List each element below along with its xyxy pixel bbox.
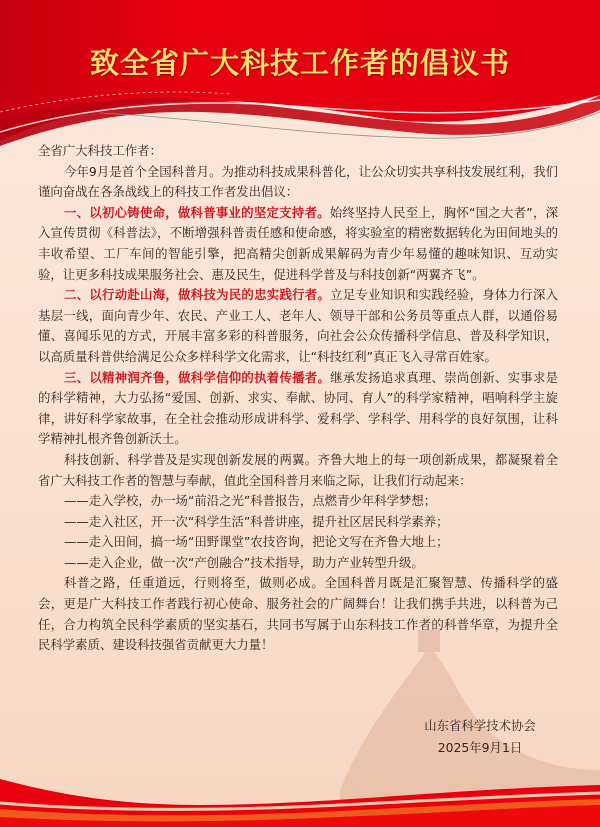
proposal-point-3: 三、以精神润齐鲁，做科学信仰的执着传播者。继承发扬追求真理、崇尚创新、实事求是的… [38,368,558,450]
signature-date: 2025年9月1日 [400,737,560,759]
action-item-field: ——走入田间，搞一场“田野课堂”农技咨询，把论文写在齐鲁大地上； [38,532,558,553]
action-item-enterprise: ——走入企业，做一次“产创融合”技术指导，助力产业转型升级。 [38,553,558,574]
proposal-point-2: 二、以行动赴山海，做科技为民的忠实践行者。立足专业知识和实践经验，身体力行深入基… [38,285,558,367]
document-title: 致全省广大科技工作者的倡议书 [0,41,600,82]
action-item-community: ——走入社区，开一次“科学生活”科普讲座，提升社区居民科学素养； [38,512,558,533]
signature-block: 山东省科学技术协会 2025年9月1日 [400,715,560,759]
proposal-heading-3: 三、以精神润齐鲁，做科学信仰的执着传播者。 [64,370,330,385]
proposal-heading-1: 一、以初心铸使命，做科普事业的坚定支持者。 [64,205,330,220]
closing-paragraph: 科普之路，任重道远，行则将至，做则必成。全国科普月既是汇聚智慧、传播科学的盛会，… [38,573,558,655]
proposal-point-1: 一、以初心铸使命，做科普事业的坚定支持者。始终坚持人民至上，胸怀“国之大者”，深… [38,203,558,285]
letter-body: 全省广大科技工作者： 今年9月是首个全国科普月。为推动科技成果科普化，让公众切实… [38,141,558,656]
action-item-school: ——走入学校，办一场“前沿之光”科普报告，点燃青少年科学梦想； [38,491,558,512]
signature-organization: 山东省科学技术协会 [400,715,560,737]
call-to-action-paragraph: 科技创新、科学普及是实现创新发展的两翼。齐鲁大地上的每一项创新成果，都凝聚着全省… [38,450,558,491]
proposal-heading-2: 二、以行动赴山海，做科技为民的忠实践行者。 [64,287,330,302]
intro-paragraph: 今年9月是首个全国科普月。为推动科技成果科普化，让公众切实共享科技发展红利，我们… [38,162,558,203]
salutation: 全省广大科技工作者： [38,141,558,162]
